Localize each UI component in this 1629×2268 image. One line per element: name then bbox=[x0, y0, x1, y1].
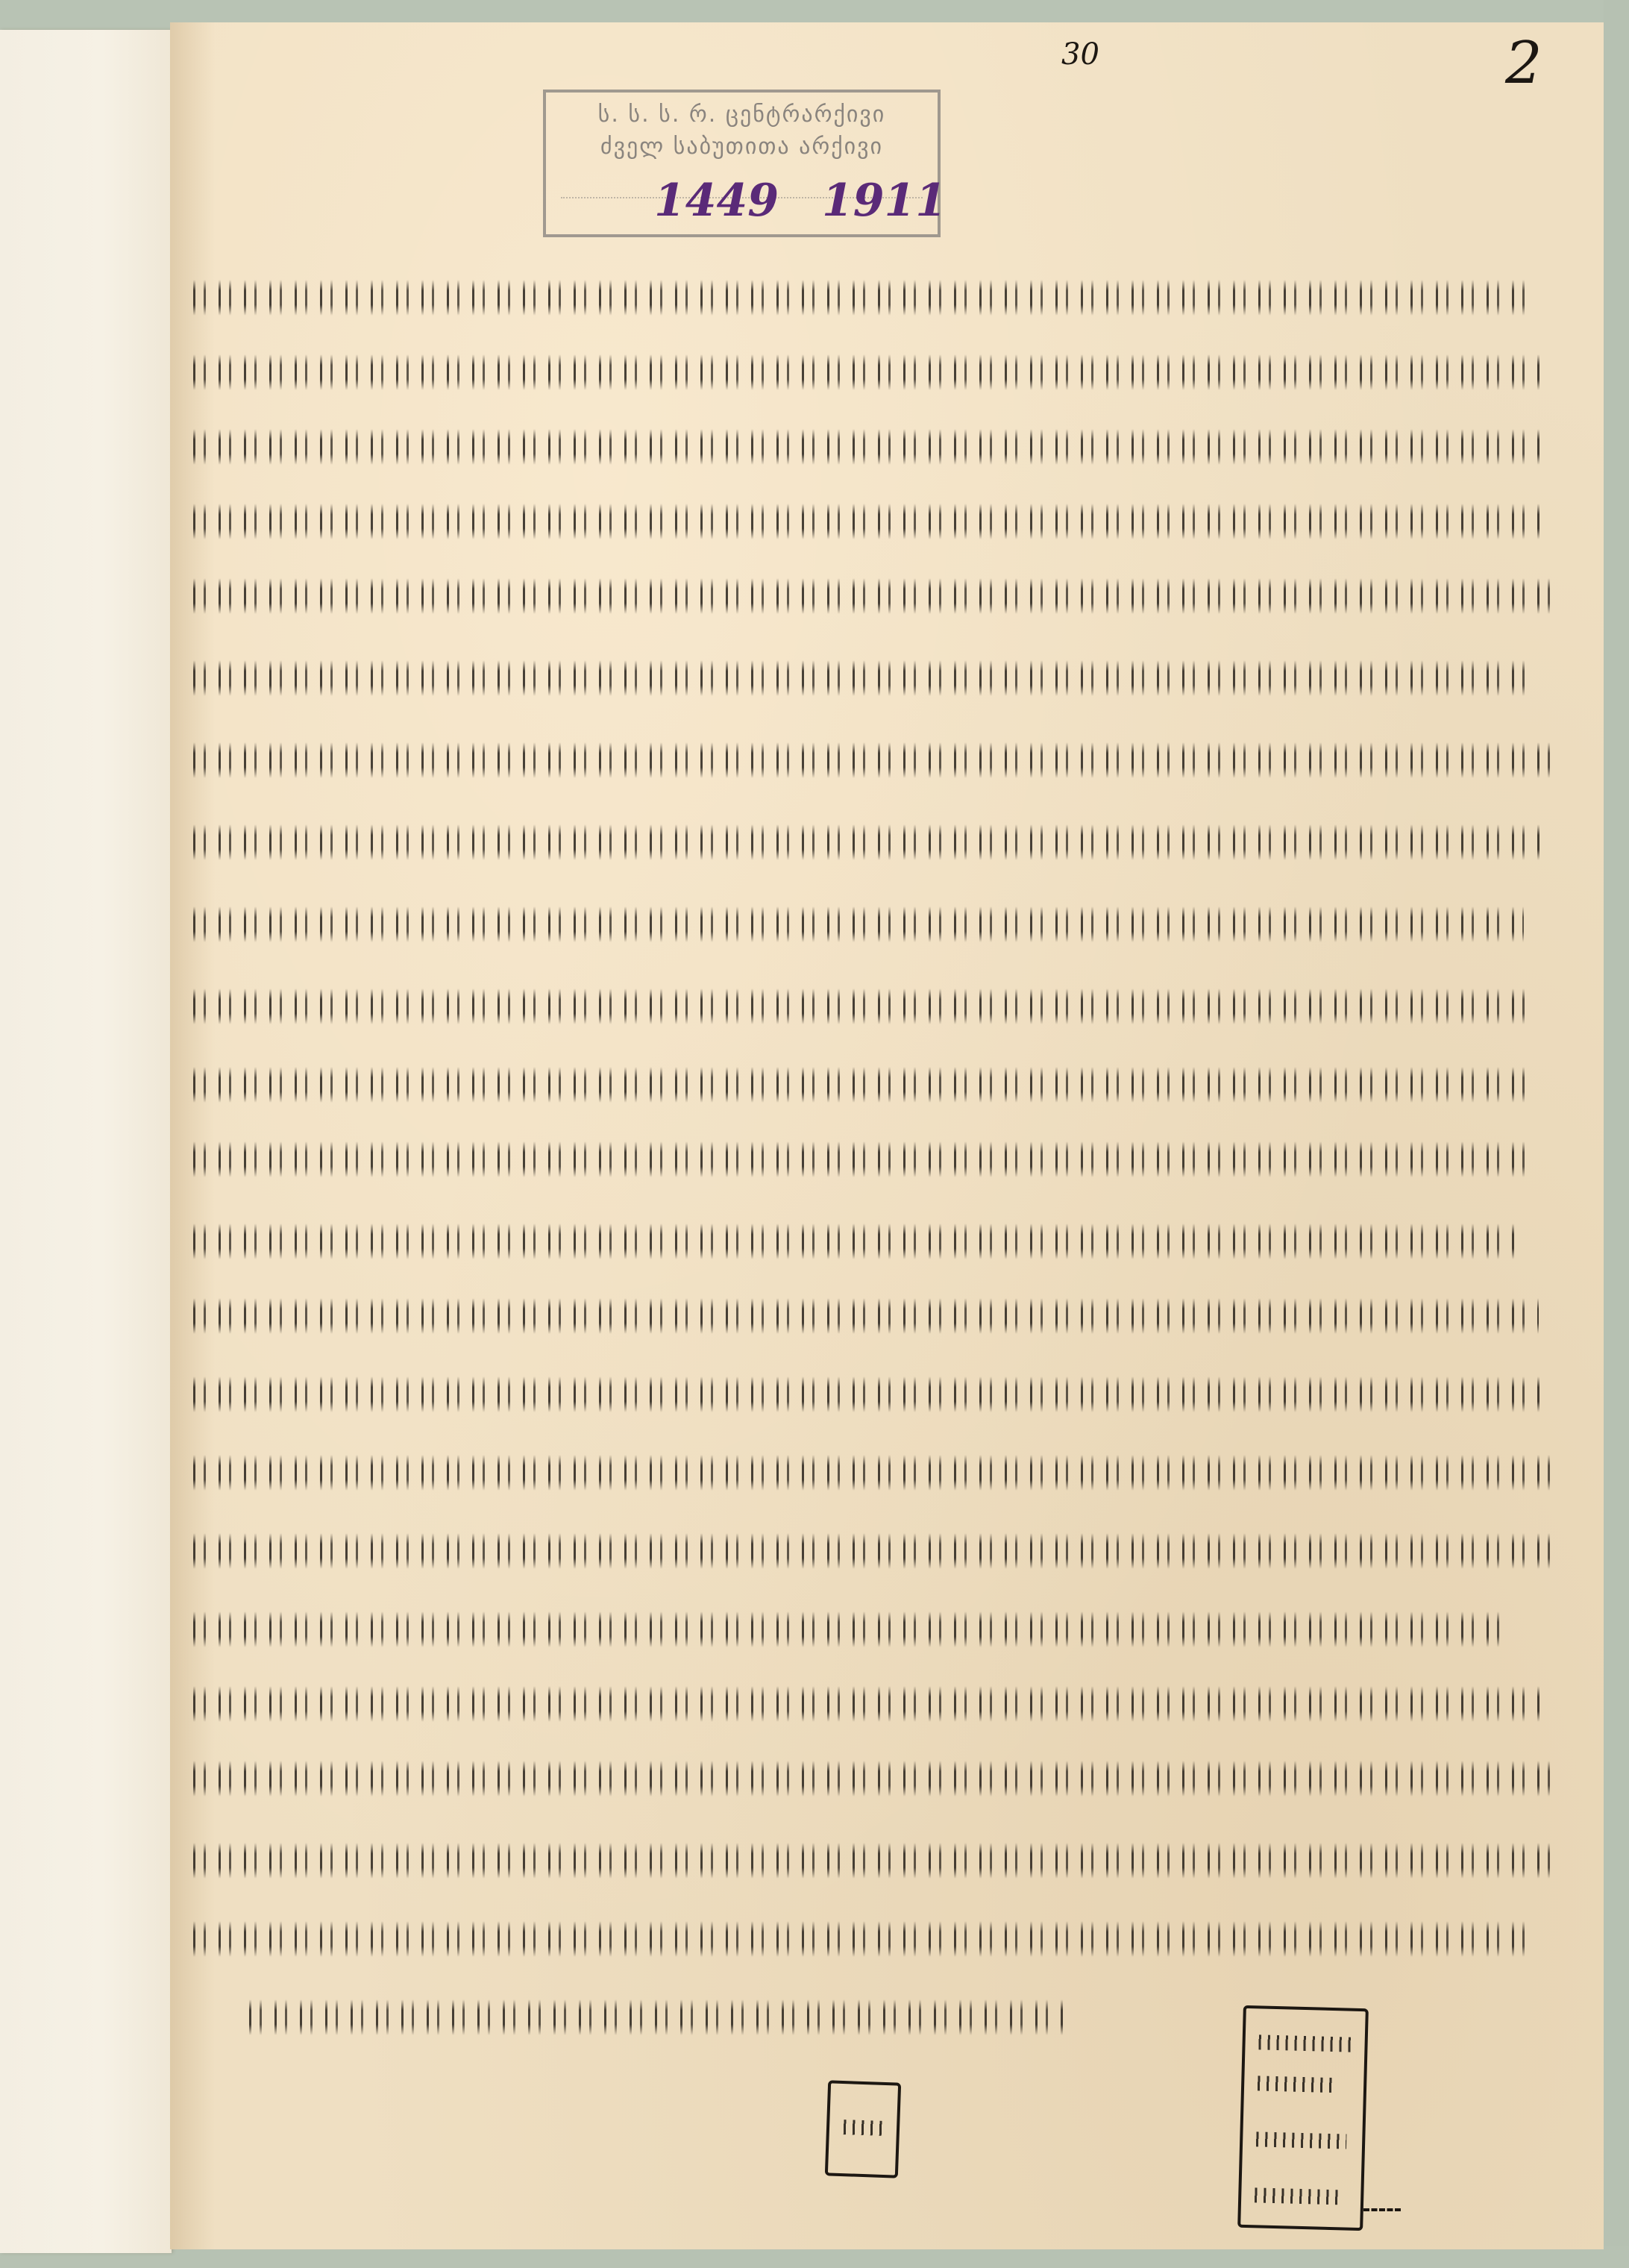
binding-guard-strip bbox=[0, 30, 172, 2253]
boxed-note-line bbox=[1252, 2187, 1341, 2205]
handwritten-line bbox=[189, 1761, 1554, 1796]
boxed-note-line bbox=[1255, 2034, 1352, 2052]
handwritten-line bbox=[189, 1298, 1539, 1334]
handwritten-line bbox=[189, 578, 1554, 614]
boxed-annotation-left bbox=[825, 2080, 901, 2178]
handwritten-line bbox=[189, 660, 1531, 696]
handwritten-line bbox=[189, 1141, 1531, 1177]
handwritten-line bbox=[189, 1224, 1516, 1259]
handwritten-line bbox=[189, 280, 1531, 316]
handwritten-line bbox=[189, 906, 1524, 942]
handwritten-line bbox=[189, 1686, 1546, 1722]
handwritten-line bbox=[189, 354, 1542, 390]
handwritten-line bbox=[189, 1921, 1531, 1957]
boxed-note-line bbox=[1255, 2076, 1337, 2093]
handwritten-body bbox=[170, 22, 1604, 2249]
handwritten-line bbox=[189, 989, 1531, 1024]
handwritten-line bbox=[189, 504, 1546, 539]
boxed-annotation-right bbox=[1237, 2005, 1369, 2231]
handwritten-line bbox=[189, 1843, 1554, 1879]
handwritten-line bbox=[189, 1611, 1509, 1647]
handwritten-line bbox=[245, 1999, 1065, 2035]
boxed-word bbox=[841, 2120, 886, 2136]
boxed-note-line bbox=[1253, 2131, 1346, 2149]
handwritten-line bbox=[189, 824, 1546, 860]
manuscript-page: 30 2 ს. ს. ს. რ. ცენტრარქივი ძველ საბუთი… bbox=[170, 22, 1604, 2249]
handwritten-line bbox=[189, 1455, 1561, 1491]
handwritten-line bbox=[189, 1376, 1546, 1412]
handwritten-line bbox=[189, 1533, 1561, 1569]
archive-backing-right bbox=[1604, 0, 1629, 2268]
handwritten-line bbox=[189, 429, 1546, 465]
handwritten-line bbox=[189, 1067, 1531, 1103]
dashed-tail-mark bbox=[1363, 2208, 1401, 2211]
handwritten-line bbox=[189, 742, 1554, 778]
